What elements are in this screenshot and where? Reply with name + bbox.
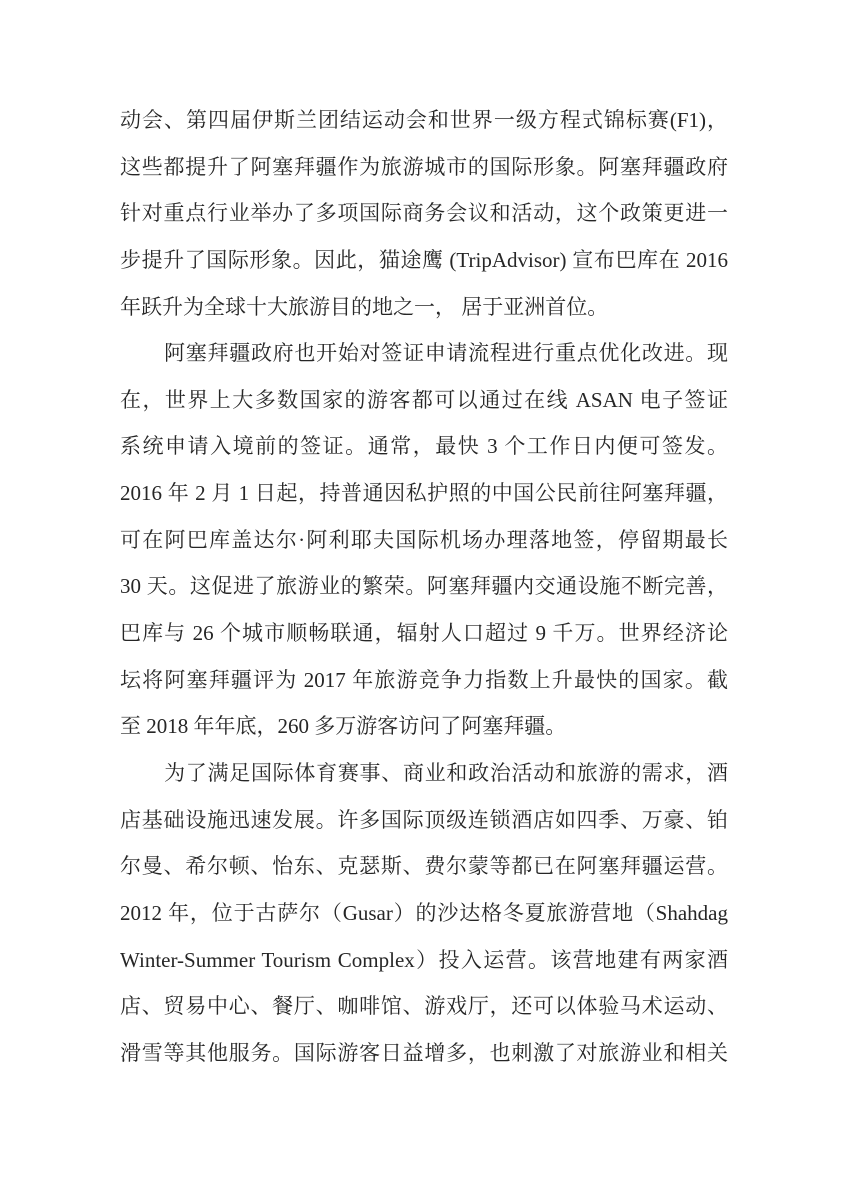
text-line: 坛将阿塞拜疆评为 2017 年旅游竞争力指数上升最快的国家。截 xyxy=(120,657,728,704)
text-line: 动会、第四届伊斯兰团结运动会和世界一级方程式锦标赛(F1)， xyxy=(120,97,728,144)
text-line: Winter-Summer Tourism Complex）投入运营。该营地建有… xyxy=(120,937,728,984)
text-line: 尔曼、希尔顿、怡东、克瑟斯、费尔蒙等都已在阿塞拜疆运营。 xyxy=(120,843,728,890)
text-line: 这些都提升了阿塞拜疆作为旅游城市的国际形象。阿塞拜疆政府 xyxy=(120,144,728,191)
text-line: 30 天。这促进了旅游业的繁荣。阿塞拜疆内交通设施不断完善， xyxy=(120,563,728,610)
document-body: 动会、第四届伊斯兰团结运动会和世界一级方程式锦标赛(F1)，这些都提升了阿塞拜疆… xyxy=(120,97,728,1076)
text-line: 为了满足国际体育赛事、商业和政治活动和旅游的需求，酒 xyxy=(120,750,728,797)
text-line: 至 2018 年年底，260 多万游客访问了阿塞拜疆。 xyxy=(120,703,728,750)
text-line: 阿塞拜疆政府也开始对签证申请流程进行重点优化改进。现 xyxy=(120,330,728,377)
text-line: 针对重点行业举办了多项国际商务会议和活动，这个政策更进一 xyxy=(120,190,728,237)
text-line: 巴库与 26 个城市顺畅联通，辐射人口超过 9 千万。世界经济论 xyxy=(120,610,728,657)
text-line: 步提升了国际形象。因此，猫途鹰 (TripAdvisor) 宣布巴库在 2016 xyxy=(120,237,728,284)
text-line: 系统申请入境前的签证。通常，最快 3 个工作日内便可签发。 xyxy=(120,423,728,470)
text-line: 年跃升为全球十大旅游目的地之一， 居于亚洲首位。 xyxy=(120,284,728,331)
document-page: 动会、第四届伊斯兰团结运动会和世界一级方程式锦标赛(F1)，这些都提升了阿塞拜疆… xyxy=(0,0,850,1202)
text-line: 店基础设施迅速发展。许多国际顶级连锁酒店如四季、万豪、铂 xyxy=(120,797,728,844)
text-line: 2012 年，位于古萨尔（Gusar）的沙达格冬夏旅游营地（Shahdag xyxy=(120,890,728,937)
text-line: 店、贸易中心、餐厅、咖啡馆、游戏厅，还可以体验马术运动、 xyxy=(120,983,728,1030)
text-line: 可在阿巴库盖达尔·阿利耶夫国际机场办理落地签，停留期最长 xyxy=(120,517,728,564)
text-line: 2016 年 2 月 1 日起，持普通因私护照的中国公民前往阿塞拜疆， xyxy=(120,470,728,517)
text-line: 滑雪等其他服务。国际游客日益增多，也刺激了对旅游业和相关 xyxy=(120,1030,728,1077)
text-line: 在，世界上大多数国家的游客都可以通过在线 ASAN 电子签证 xyxy=(120,377,728,424)
